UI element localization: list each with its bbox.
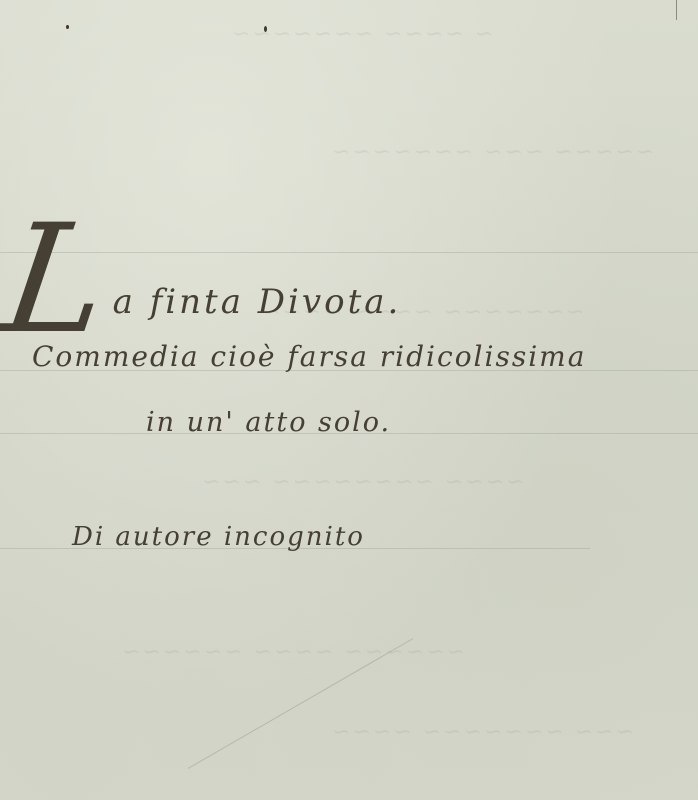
show-through-text: ~~~~ ~~~~~~~~ ~~~ <box>200 470 525 495</box>
subtitle-line-2: in un' atto solo. <box>146 407 391 438</box>
show-through-text: ~~~~~ ~~~ ~~~~~~~ <box>330 140 655 165</box>
show-through-text: ~ ~~~~ ~~~~~~~ <box>230 22 493 47</box>
author-line: Di autore incognito <box>72 522 365 552</box>
manuscript-title: La finta Divota. <box>6 205 401 355</box>
edge-mark <box>676 0 677 20</box>
ink-speck <box>66 25 69 29</box>
title-initial: L <box>0 205 119 355</box>
show-through-text: ~~~ ~~~~~~~ ~~~~ <box>330 720 634 745</box>
manuscript-page: ~ ~~~~ ~~~~~~~ ~~~~~ ~~~ ~~~~~~~ ~~~~~~~… <box>0 0 698 800</box>
ink-speck <box>264 26 267 32</box>
show-through-text: ~~~~~~ ~~~~ ~~~~~~ <box>120 640 465 665</box>
subtitle-line-1: Commedia cioè farsa ridicolissima <box>32 340 586 373</box>
title-text: a finta Divota. <box>113 282 402 322</box>
